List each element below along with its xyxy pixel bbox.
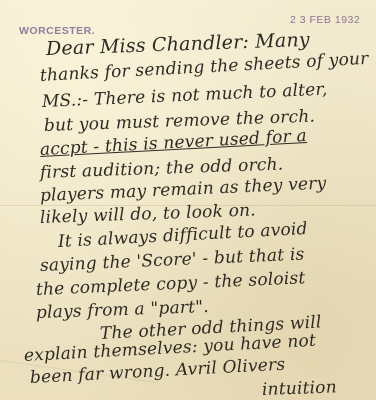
letter-line: intuition bbox=[262, 377, 338, 400]
date-stamp: 2 3 FEB 1932 bbox=[290, 14, 360, 26]
place-stamp: WORCESTER. bbox=[19, 25, 95, 37]
letter-page: WORCESTER. 2 3 FEB 1932 Dear Miss Chandl… bbox=[0, 0, 376, 400]
